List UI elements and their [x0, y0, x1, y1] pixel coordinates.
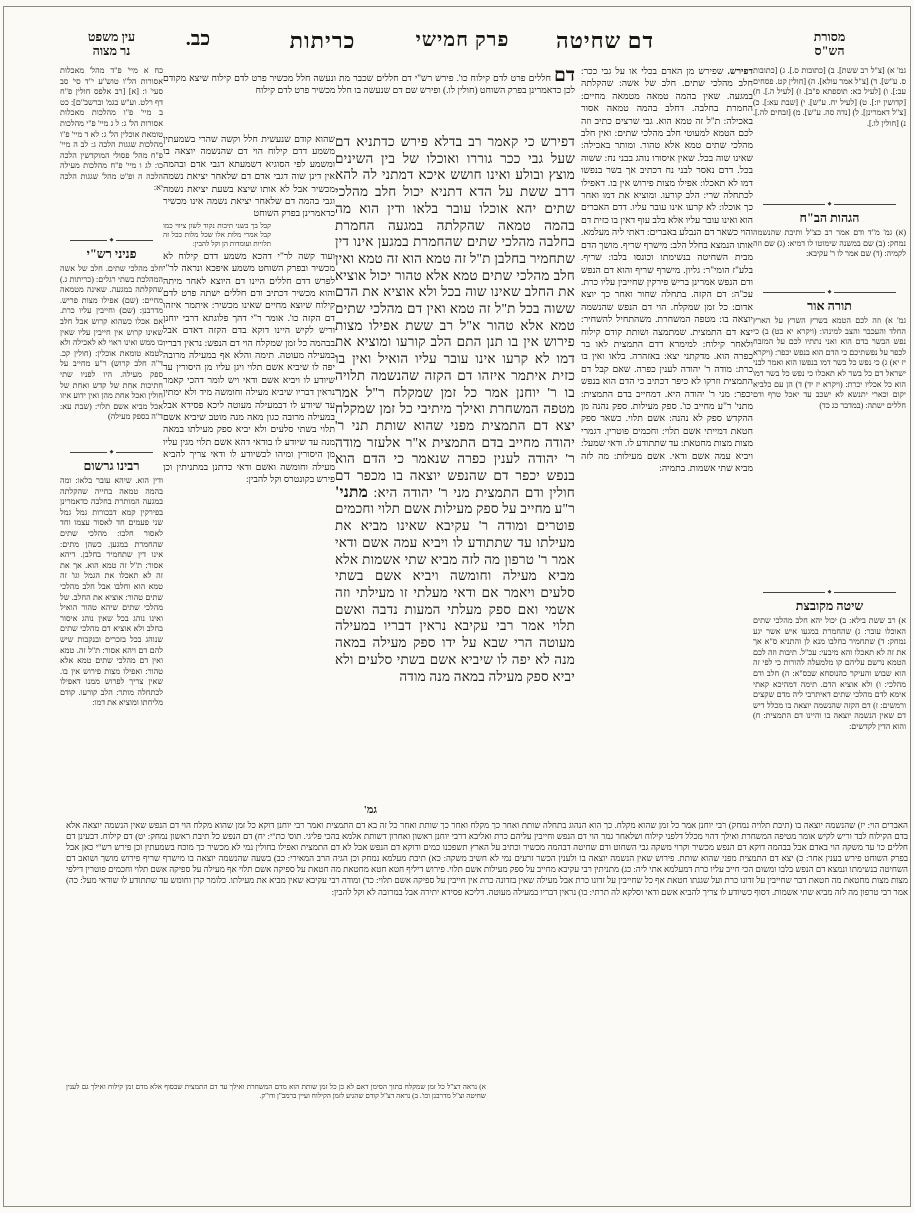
gemara-column: דפירש כי קאמר רב בדלא פירש כדתניא דם שעל… [335, 134, 575, 802]
tosafot-text-part1: שהוא קודם שנעשית חלל וקשה שהרי בשמעתין מ… [163, 135, 335, 219]
masoret-hashas-notes: גמ' א) [צ"ל רב ששת]. ב) [כתובות ס.]. ג) … [753, 66, 906, 198]
gemara-catchword: גמ' [337, 804, 377, 816]
tosafot-wide-top-block: דם חללים פרט לדם קילוח כו'. פירש רש"י דם… [163, 66, 575, 132]
ein-mishpat-title-line2: נר מצוה [60, 44, 163, 58]
talmud-page: מסורת הש"ס דם שחיטה פרק חמישי כריתות כב.… [0, 0, 914, 1213]
corrective-footnotes: א) נראה דצ"ל כל זמן שמקלח בתוך הסימן דאם… [66, 1083, 486, 1105]
torah-or-citations: גמ' א) וזה לכם הטמא בשרץ השרץ על הארץ הח… [753, 316, 906, 586]
ein-mishpat-title-line1: עין משפט [60, 30, 163, 44]
divider-ornament [763, 290, 896, 295]
pninei-rashi-notes: חלב מהלכי שתים. חלב של אשה המהלכת בשתי ר… [60, 264, 163, 446]
hagahot-bach-title: הגהות הב"ח [753, 211, 906, 226]
tosafot-opening-word: דם [554, 66, 575, 86]
mishnah-label: מתני' [335, 484, 368, 501]
masoret-hashas-header: מסורת הש"ס [753, 30, 906, 58]
rashi-commentary-column: דפירש. שפירש מן האדם בכלי או על גבי ככר:… [581, 66, 753, 816]
masoret-title-line2: הש"ס [753, 44, 906, 58]
tosafot-small-gloss: קבל בך בשני תיבות נקוד לשון ציווי כמו קב… [163, 222, 271, 250]
page-title-perek-number: פרק חמישי [400, 29, 525, 52]
right-margin-column: גמ' א) [צ"ל רב ששת]. ב) [כתובות ס.]. ג) … [753, 66, 906, 816]
diamond-ornament-icon [828, 202, 832, 207]
daf-number: כב. [168, 28, 228, 51]
ein-mishpat-header: עין משפט נר מצוה [60, 30, 163, 58]
gemara-text-part1: דפירש כי קאמר רב בדלא פירש כדתניא דם שעל… [335, 134, 575, 283]
ein-mishpat-notes: כח א מיי' פ"ד מהל' מאכלות אסורות הל"ו טו… [60, 66, 163, 234]
diamond-ornament-icon [110, 238, 114, 243]
shita-mekubetzet-notes: א) רב ששת בילא: ב) יכול יהא חלב מהלכי שת… [753, 616, 906, 796]
rashi-text: שפירש מן האדם בכלי או על גבי ככר: חלב מה… [581, 67, 753, 474]
rashi-dibur-hamatchil: דפירש. [728, 67, 753, 77]
rabbeinu-gershom-title: רבינו גרשום [60, 459, 163, 474]
left-margin-column: כח א מיי' פ"ד מהל' מאכלות אסורות הל"ו טו… [60, 66, 163, 816]
divider-ornament [70, 238, 153, 243]
rabbeinu-gershom-text: ודין הוא. שיהא עובר בלאו: ומה בהמה טמאה … [60, 476, 163, 806]
diamond-ornament-icon [110, 450, 114, 455]
divider-ornament [763, 590, 896, 595]
mishnah-text: ר"ע מחייב על ספק מעילות אשם תלוי וחכמים … [335, 501, 575, 683]
tosafot-text-part2: ועוד קשה לר"י דהכא משמע דדם קילוח לא מכש… [163, 252, 335, 485]
tosafot-commentary-column: שהוא קודם שנעשית חלל וקשה שהרי בשמעתין מ… [163, 134, 335, 816]
tosafot-wide-text: חללים פרט לדם קילוח כו'. פירש רש"י דם חל… [163, 74, 575, 96]
torah-or-title: תורה אור [753, 299, 906, 314]
divider-ornament [763, 202, 896, 207]
page-title-masechet: כריתות [265, 28, 380, 54]
divider-ornament [70, 450, 153, 455]
diamond-ornament-icon [828, 290, 832, 295]
gemara-text-part2: יכול אוציא את החלב שאינו שוה בכל ולא אוצ… [335, 268, 575, 500]
masoret-title-line1: מסורת [753, 30, 906, 44]
hagahot-bach-notes: (א) גמ' מ"ד ודם אמר רב כצ"ל ותיבת שהנשמה… [753, 228, 906, 286]
page-title-perek-name: דם שחיטה [530, 28, 680, 54]
diamond-ornament-icon [828, 590, 832, 595]
pninei-rashi-title: פניני רש"י [60, 247, 163, 262]
shita-mekubetzet-continuation-block: האברים הוי: יז) שהנשמה יוצאה בו (תיבת תל… [66, 820, 908, 1078]
shita-mekubetzet-title: שיטה מקובצת [753, 599, 906, 614]
